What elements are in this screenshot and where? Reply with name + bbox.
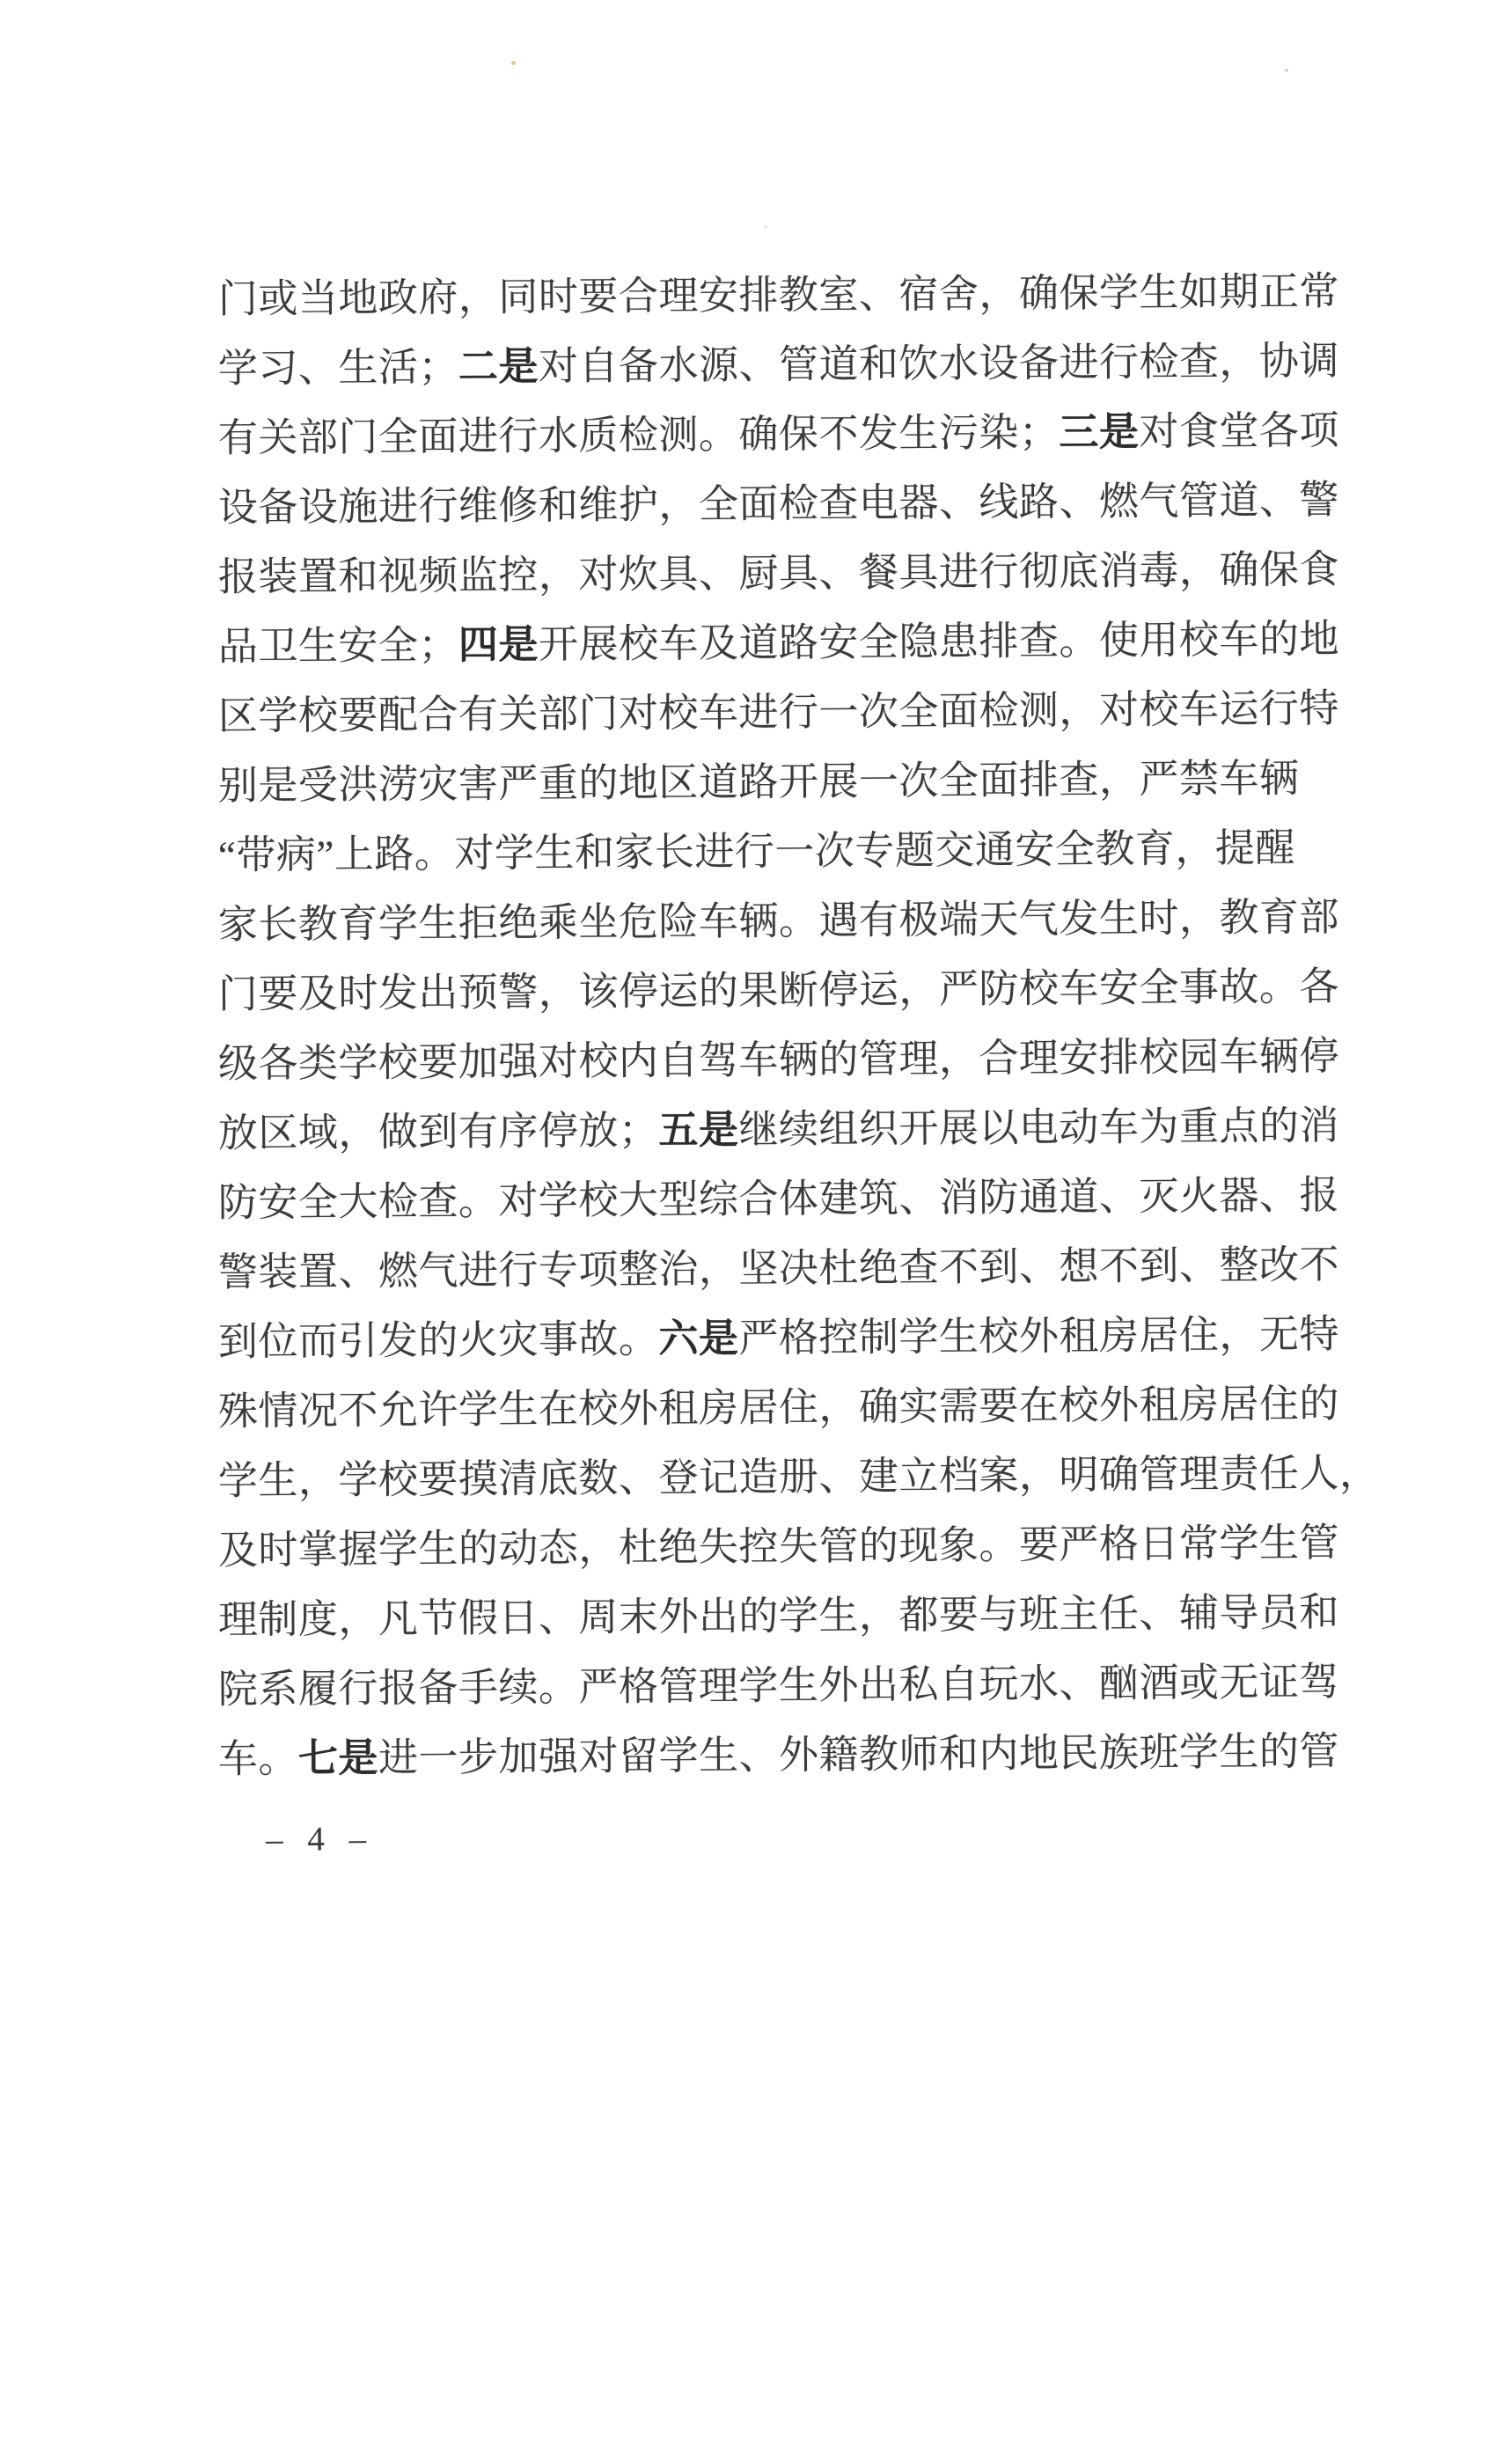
- page-number: – 4 –: [266, 1819, 374, 1859]
- text-line: 门要及时发出预警，该停运的果断停运，严防校车安全事故。各: [218, 952, 1363, 1030]
- text-line: 警装置、燃气进行专项整治，坚决杜绝查不到、想不到、整改不: [218, 1230, 1363, 1308]
- text-line: 防安全大检查。对学校大型综合体建筑、消防通道、灭火器、报: [218, 1161, 1363, 1238]
- text-segment: 学习、生活；: [218, 345, 458, 391]
- text-line: 院系履行报备手续。严格管理学生外出私自玩水、酗酒或无证驾: [218, 1647, 1363, 1725]
- text-line: 放区域，做到有序停放；五是继续组织开展以电动车为重点的消: [218, 1091, 1363, 1169]
- text-segment: 警装置、燃气进行专项整治，坚决杜绝查不到、想不到、整改不: [218, 1243, 1339, 1294]
- text-line: 设备设施进行维修和维护，全面检查电器、线路、燃气管道、警: [218, 466, 1363, 543]
- text-segment: 及时掌握学生的动态，杜绝失控失管的现象。要严格日常学生管: [218, 1521, 1339, 1573]
- text-line: 品卫生安全；四是开展校车及道路安全隐患排查。使用校车的地: [218, 605, 1363, 682]
- ordinal-marker: 二是: [458, 344, 539, 389]
- text-segment: 设备设施进行维修和维护，全面检查电器、线路、燃气管道、警: [218, 478, 1339, 530]
- text-segment: 严格控制学生校外租房居住，无特: [738, 1312, 1339, 1360]
- text-segment: 家长教育学生拒绝乘坐危险车辆。遇有极端天气发生时，教育部: [218, 895, 1339, 947]
- text-line: 学生，学校要摸清底数、登记造册、建立档案，明确管理责任人，: [218, 1439, 1363, 1516]
- text-segment: 对食堂各项: [1139, 408, 1339, 454]
- text-segment: 进一步加强对留学生、外籍教师和内地民族班学生的管: [378, 1729, 1339, 1780]
- text-line: 门或当地政府，同时要合理安排教室、宿舍，确保学生如期正常: [218, 257, 1363, 334]
- scan-speck: [1285, 69, 1288, 72]
- text-segment: 继续组织开展以电动车为重点的消: [738, 1104, 1339, 1152]
- text-segment: 车。: [218, 1736, 298, 1781]
- text-segment: 院系履行报备手续。严格管理学生外出私自玩水、酗酒或无证驾: [218, 1660, 1339, 1712]
- scanned-page: 门或当地政府，同时要合理安排教室、宿舍，确保学生如期正常学习、生活；二是对自备水…: [0, 0, 1496, 2464]
- text-segment: 门或当地政府，同时要合理安排教室、宿舍，确保学生如期正常: [218, 269, 1339, 321]
- ordinal-marker: 三是: [1059, 410, 1139, 455]
- text-line: 有关部门全面进行水质检测。确保不发生污染；三是对食堂各项: [218, 396, 1363, 473]
- text-segment: 级各类学校要加强对校内自驾车辆的管理，合理安排校园车辆停: [218, 1034, 1339, 1086]
- text-line: “带病”上路。对学生和家长进行一次专题交通安全教育，提醒: [218, 813, 1363, 891]
- text-segment: “带病”上路。对学生和家长进行一次专题交通安全教育，提醒: [218, 825, 1295, 877]
- text-line: 报装置和视频监控，对炊具、厨具、餐具进行彻底消毒，确保食: [218, 535, 1363, 612]
- text-line: 学习、生活；二是对自备水源、管道和饮水设备进行检查，协调: [218, 326, 1363, 404]
- text-line: 家长教育学生拒绝乘坐危险车辆。遇有极端天气发生时，教育部: [218, 883, 1363, 960]
- text-segment: 学生，学校要摸清底数、登记造册、建立档案，明确管理责任人，: [218, 1451, 1380, 1503]
- text-segment: 开展校车及道路安全隐患排查。使用校车的地: [539, 617, 1339, 666]
- text-segment: 理制度，凡节假日、周末外出的学生，都要与班主任、辅导员和: [218, 1590, 1339, 1642]
- text-segment: 到位而引发的火灾事故。: [218, 1317, 659, 1364]
- ordinal-marker: 六是: [658, 1316, 738, 1361]
- scan-speck: [511, 61, 516, 65]
- text-segment: 放区域，做到有序停放；: [218, 1109, 659, 1155]
- scan-speck: [764, 225, 767, 229]
- ordinal-marker: 五是: [658, 1108, 738, 1153]
- text-line: 到位而引发的火灾事故。六是严格控制学生校外租房居住，无特: [218, 1300, 1363, 1377]
- text-line: 车。七是进一步加强对留学生、外籍教师和内地民族班学生的管: [218, 1717, 1363, 1794]
- text-segment: 防安全大检查。对学校大型综合体建筑、消防通道、灭火器、报: [218, 1173, 1339, 1225]
- text-segment: 品卫生安全；: [218, 623, 458, 669]
- text-segment: 门要及时发出预警，该停运的果断停运，严防校车安全事故。各: [218, 964, 1339, 1016]
- text-line: 殊情况不允许学生在校外租房居住，确实需要在校外租房居住的: [218, 1369, 1363, 1447]
- text-line: 区学校要配合有关部门对校车进行一次全面检测，对校车运行特: [218, 674, 1363, 752]
- document-body: 门或当地政府，同时要合理安排教室、宿舍，确保学生如期正常学习、生活；二是对自备水…: [218, 265, 1362, 1794]
- text-segment: 对自备水源、管道和饮水设备进行检查，协调: [539, 339, 1339, 388]
- text-segment: 有关部门全面进行水质检测。确保不发生污染；: [218, 410, 1060, 460]
- ordinal-marker: 四是: [458, 622, 539, 667]
- text-segment: 别是受洪涝灾害严重的地区道路开展一次全面排查，严禁车辆: [218, 756, 1300, 808]
- text-segment: 区学校要配合有关部门对校车进行一次全面检测，对校车运行特: [218, 686, 1339, 738]
- ordinal-marker: 七是: [298, 1736, 378, 1781]
- text-segment: 报装置和视频监控，对炊具、厨具、餐具进行彻底消毒，确保食: [218, 547, 1339, 599]
- text-line: 别是受洪涝灾害严重的地区道路开展一次全面排查，严禁车辆: [218, 744, 1363, 821]
- text-line: 及时掌握学生的动态，杜绝失控失管的现象。要严格日常学生管: [218, 1508, 1363, 1586]
- text-line: 级各类学校要加强对校内自驾车辆的管理，合理安排校园车辆停: [218, 1022, 1363, 1099]
- text-segment: 殊情况不允许学生在校外租房居住，确实需要在校外租房居住的: [218, 1382, 1339, 1434]
- text-line: 理制度，凡节假日、周末外出的学生，都要与班主任、辅导员和: [218, 1578, 1363, 1655]
